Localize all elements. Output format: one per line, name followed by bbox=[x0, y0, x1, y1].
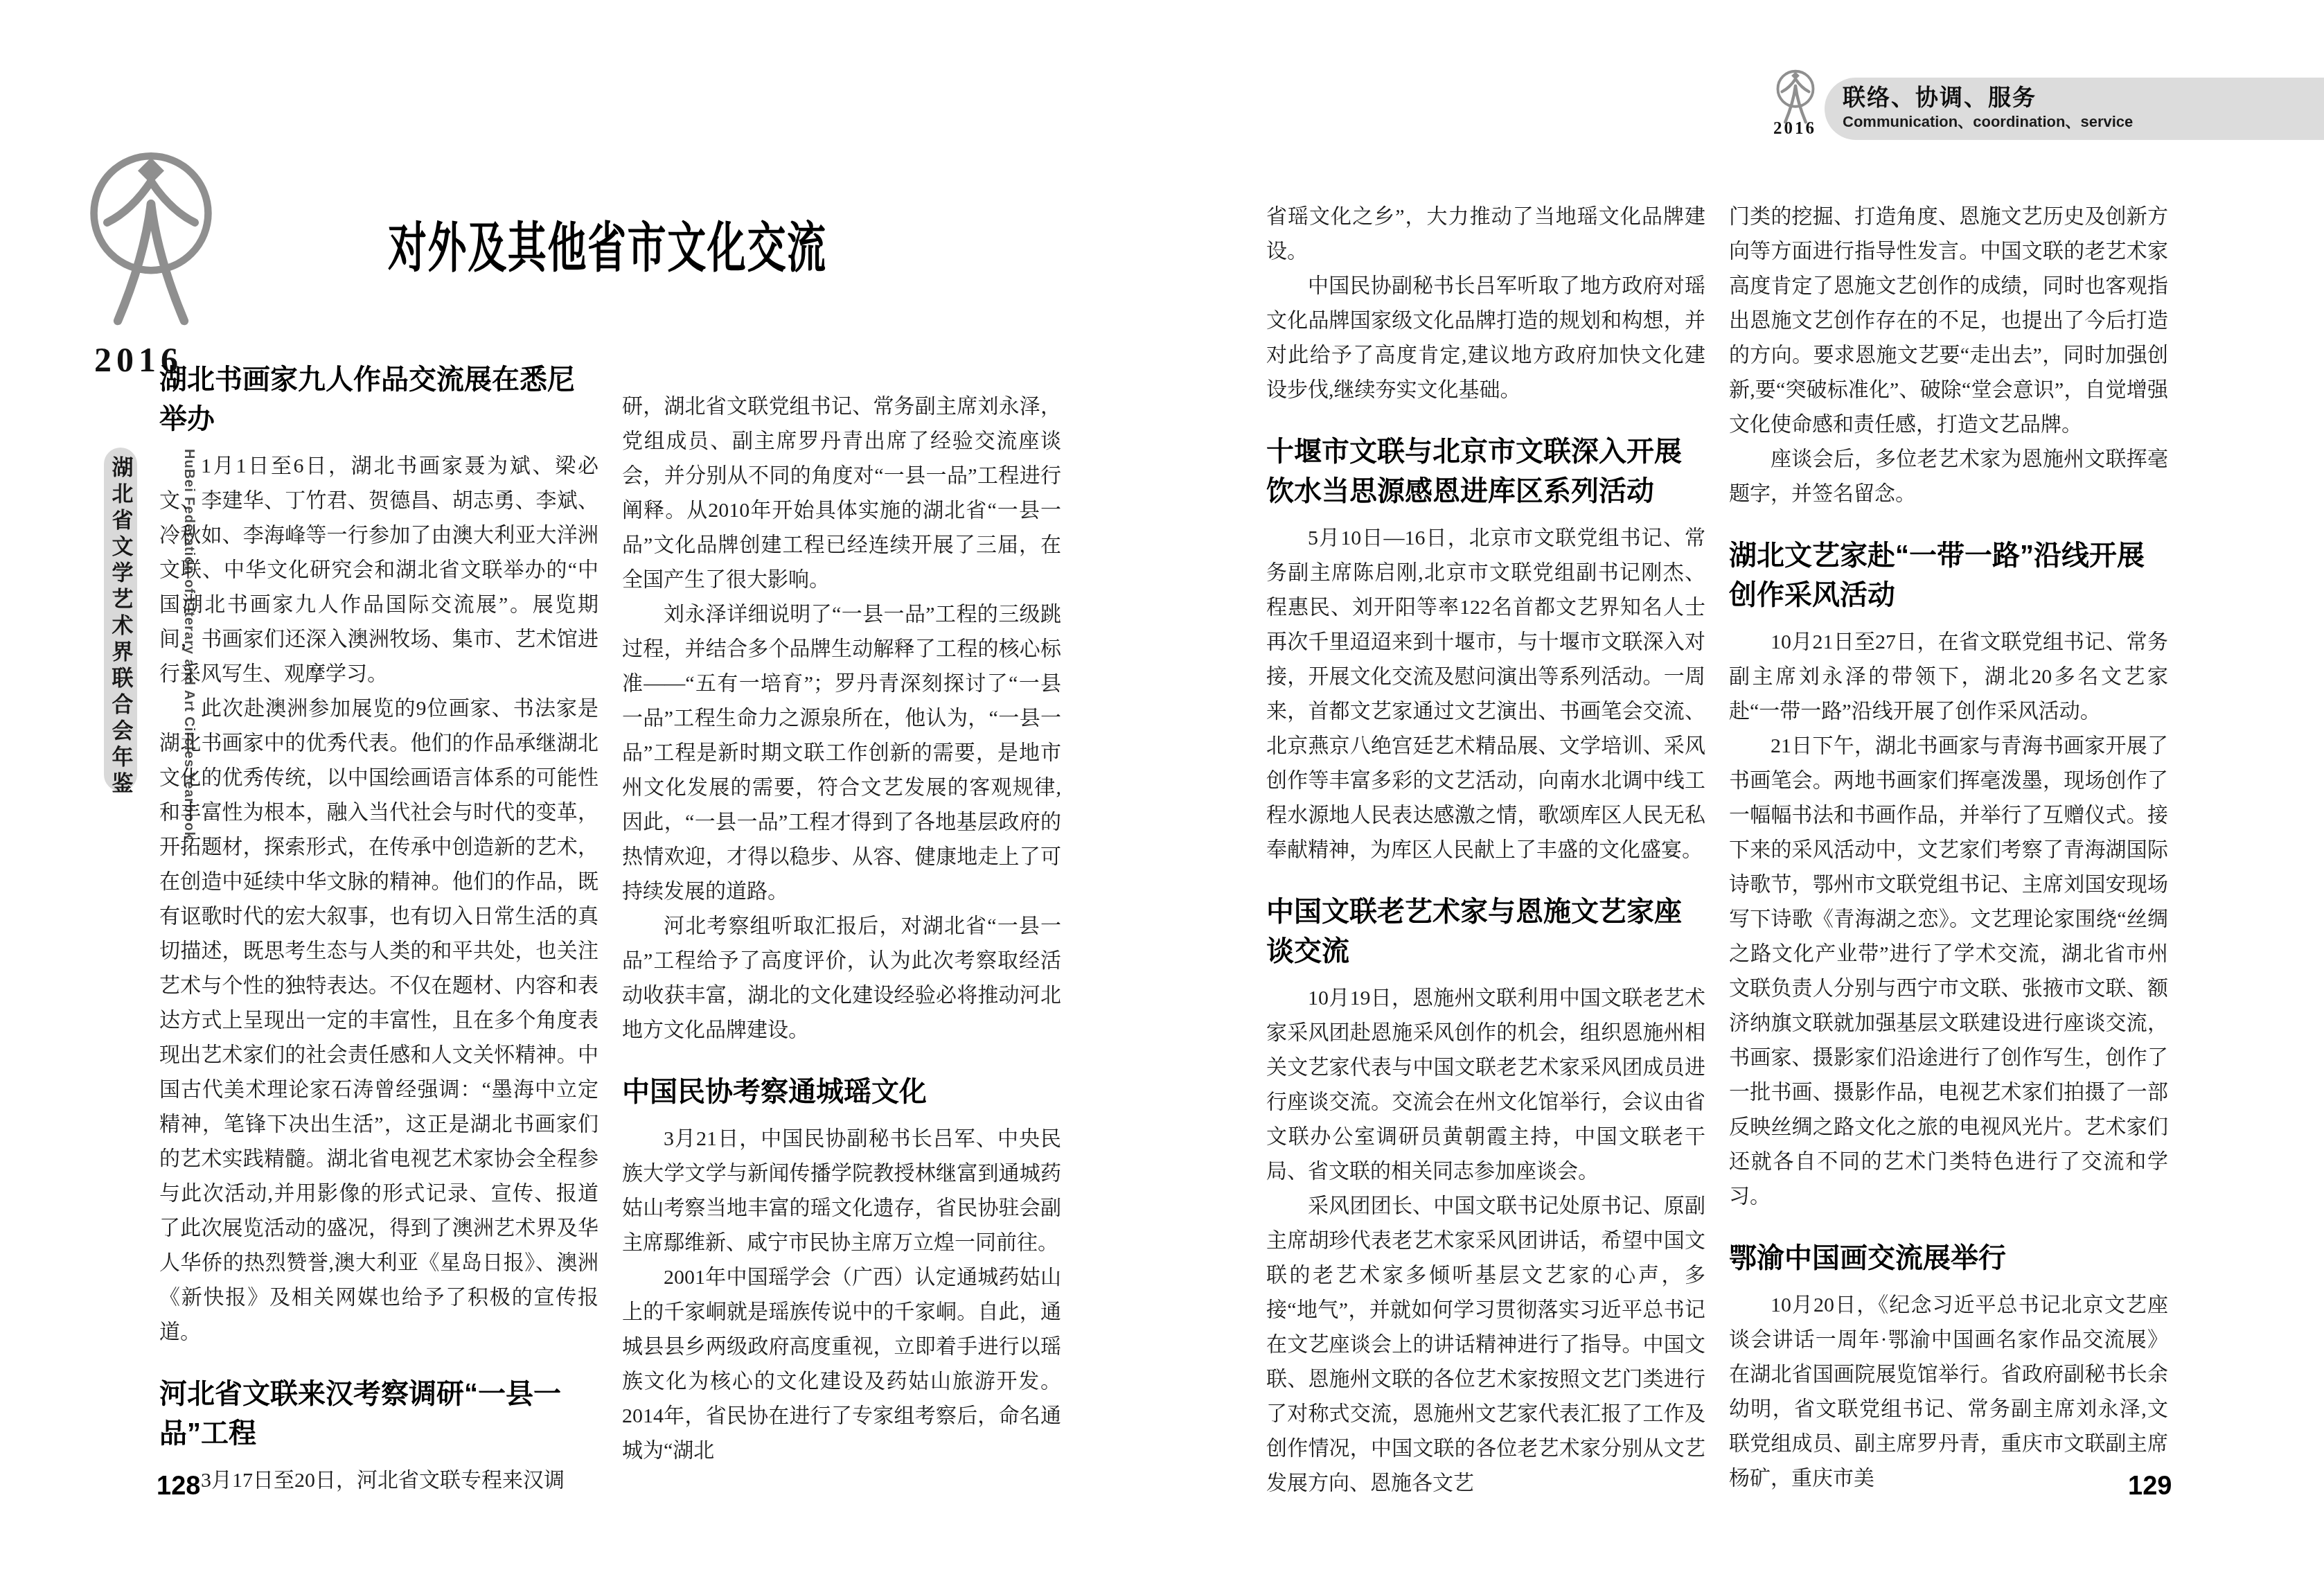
article-heading: 湖北书画家九人作品交流展在悉尼举办 bbox=[159, 360, 598, 439]
article-paragraph: 中国民协副秘书长吕军听取了地方政府对瑶文化品牌国家级文化品牌打造的规划和构想，并… bbox=[1266, 269, 1705, 407]
sidebar-title-cn: 湖北省文学艺术界联合会年鉴 bbox=[105, 456, 136, 798]
article-heading: 河北省文联来汉考察调研“一县一品”工程 bbox=[159, 1375, 598, 1454]
article-heading: 中国文联老艺术家与恩施文艺家座谈交流 bbox=[1266, 892, 1705, 971]
article-paragraph: 1月1日至6日，湖北书画家聂为斌、梁必文、李建华、丁竹君、贺德昌、胡志勇、李斌、… bbox=[159, 449, 598, 691]
article-paragraph: 2001年中国瑶学会（广西）认定通城药姑山上的千家峒就是瑶族传说中的千家峒。自此… bbox=[622, 1260, 1061, 1468]
sidebar-vertical-pill: 湖北省文学艺术界联合会年鉴 bbox=[104, 448, 137, 791]
article-paragraph: 21日下午，湖北书画家与青海书画家开展了书画笔会。两地书画家们挥毫泼墨，现场创作… bbox=[1729, 729, 2168, 1214]
article-paragraph: 10月21日至27日，在省文联党组书记、常务副主席刘永泽的带领下，湖北20多名文… bbox=[1729, 625, 2168, 729]
article-paragraph: 座谈会后，多位老艺术家为恩施州文联挥毫题字，并签名留念。 bbox=[1729, 442, 2168, 511]
article-paragraph: 采风团团长、中国文联书记处原书记、原副主席胡珍代表老艺术家采风团讲话，希望中国文… bbox=[1266, 1189, 1705, 1501]
article-heading: 鄂渝中国画交流展举行 bbox=[1729, 1239, 2168, 1278]
article-heading: 中国民协考察通城瑶文化 bbox=[622, 1073, 1061, 1112]
article-paragraph: 研，湖北省文联党组书记、常务副主席刘永泽，党组成员、副主席罗丹青出席了经验交流座… bbox=[622, 389, 1061, 597]
article-heading: 十堰市文联与北京市文联深入开展饮水当思源感恩进库区系列活动 bbox=[1266, 432, 1705, 511]
text-column-4: 门类的挖掘、打造角度、恩施文艺历史及创新方向等方面进行指导性发言。中国文联的老艺… bbox=[1729, 200, 2168, 1496]
article-paragraph: 刘永泽详细说明了“一县一品”工程的三级跳过程，并结合多个品牌生动解释了工程的核心… bbox=[622, 597, 1061, 909]
text-column-1: 湖北书画家九人作品交流展在悉尼举办1月1日至6日，湖北书画家聂为斌、梁必文、李建… bbox=[159, 360, 598, 1498]
article-paragraph: 省瑶文化之乡”，大力推动了当地瑶文化品牌建设。 bbox=[1266, 200, 1705, 269]
page-number-left: 128 bbox=[157, 1472, 200, 1501]
yearbook-spread: { "page": { "title": "对外及其他省市文化交流", "lef… bbox=[0, 0, 2324, 1588]
article-paragraph: 10月19日，恩施州文联利用中国文联老艺术家采风团赴恩施采风创作的机会，组织恩施… bbox=[1266, 981, 1705, 1189]
article-paragraph: 河北考察组听取汇报后，对湖北省“一县一品”工程给予了高度评价，认为此次考察取经活… bbox=[622, 909, 1061, 1048]
section-tab-label-cn: 联络、协调、服务 bbox=[1843, 85, 2324, 111]
yearbook-year-right: 2016 bbox=[1773, 119, 1816, 139]
section-tab-label-en: Communication、coordination、service bbox=[1843, 112, 2324, 132]
article-paragraph: 此次赴澳洲参加展览的9位画家、书法家是湖北书画家中的优秀代表。他们的作品承继湖北… bbox=[159, 691, 598, 1350]
page-title: 对外及其他省市文化交流 bbox=[388, 205, 827, 283]
text-column-2: 研，湖北省文联党组书记、常务副主席刘永泽，党组成员、副主席罗丹青出席了经验交流座… bbox=[622, 389, 1061, 1468]
federation-logo-icon bbox=[85, 145, 218, 338]
article-paragraph: 3月17日至20日，河北省文联专程来汉调 bbox=[159, 1463, 598, 1498]
article-paragraph: 门类的挖掘、打造角度、恩施文艺历史及创新方向等方面进行指导性发言。中国文联的老艺… bbox=[1729, 200, 2168, 442]
text-column-3: 省瑶文化之乡”，大力推动了当地瑶文化品牌建设。中国民协副秘书长吕军听取了地方政府… bbox=[1266, 200, 1705, 1501]
article-paragraph: 5月10日—16日，北京市文联党组书记、常务副主席陈启刚,北京市文联党组副书记刚… bbox=[1266, 521, 1705, 867]
section-tab: 联络、协调、服务 Communication、coordination、serv… bbox=[1825, 78, 2324, 140]
article-paragraph: 10月20日，《纪念习近平总书记北京文艺座谈会讲话一周年·鄂渝中国画名家作品交流… bbox=[1729, 1288, 2168, 1496]
article-paragraph: 3月21日，中国民协副秘书长吕军、中央民族大学文学与新闻传播学院教授林继富到通城… bbox=[622, 1122, 1061, 1260]
article-heading: 湖北文艺家赴“一带一路”沿线开展创作采风活动 bbox=[1729, 536, 2168, 615]
page-number-right: 129 bbox=[2128, 1472, 2172, 1501]
